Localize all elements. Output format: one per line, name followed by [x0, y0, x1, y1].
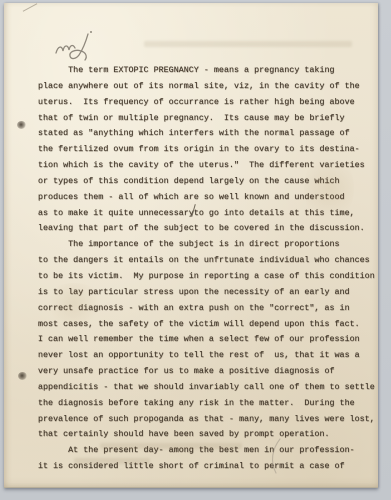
- typed-body-text: The term EXTOPIC PREGNANCY - means a pre…: [38, 63, 375, 475]
- ink-smudge: [17, 121, 26, 129]
- ink-smudge: [18, 372, 27, 380]
- pencil-arc-mark: [266, 437, 286, 475]
- manuscript-page: The term EXTOPIC PREGNANCY - means a pre…: [4, 3, 378, 488]
- ghost-text-impression: [144, 41, 352, 47]
- pencil-dot: [90, 31, 92, 33]
- pencil-scratch-mark: [23, 3, 38, 11]
- desk-background: The term EXTOPIC PREGNANCY - means a pre…: [0, 0, 391, 500]
- paper-stain: [304, 153, 354, 223]
- paper-stain: [44, 283, 104, 323]
- ghost-text-impression: [100, 443, 242, 449]
- ghost-text-impression: [74, 458, 150, 464]
